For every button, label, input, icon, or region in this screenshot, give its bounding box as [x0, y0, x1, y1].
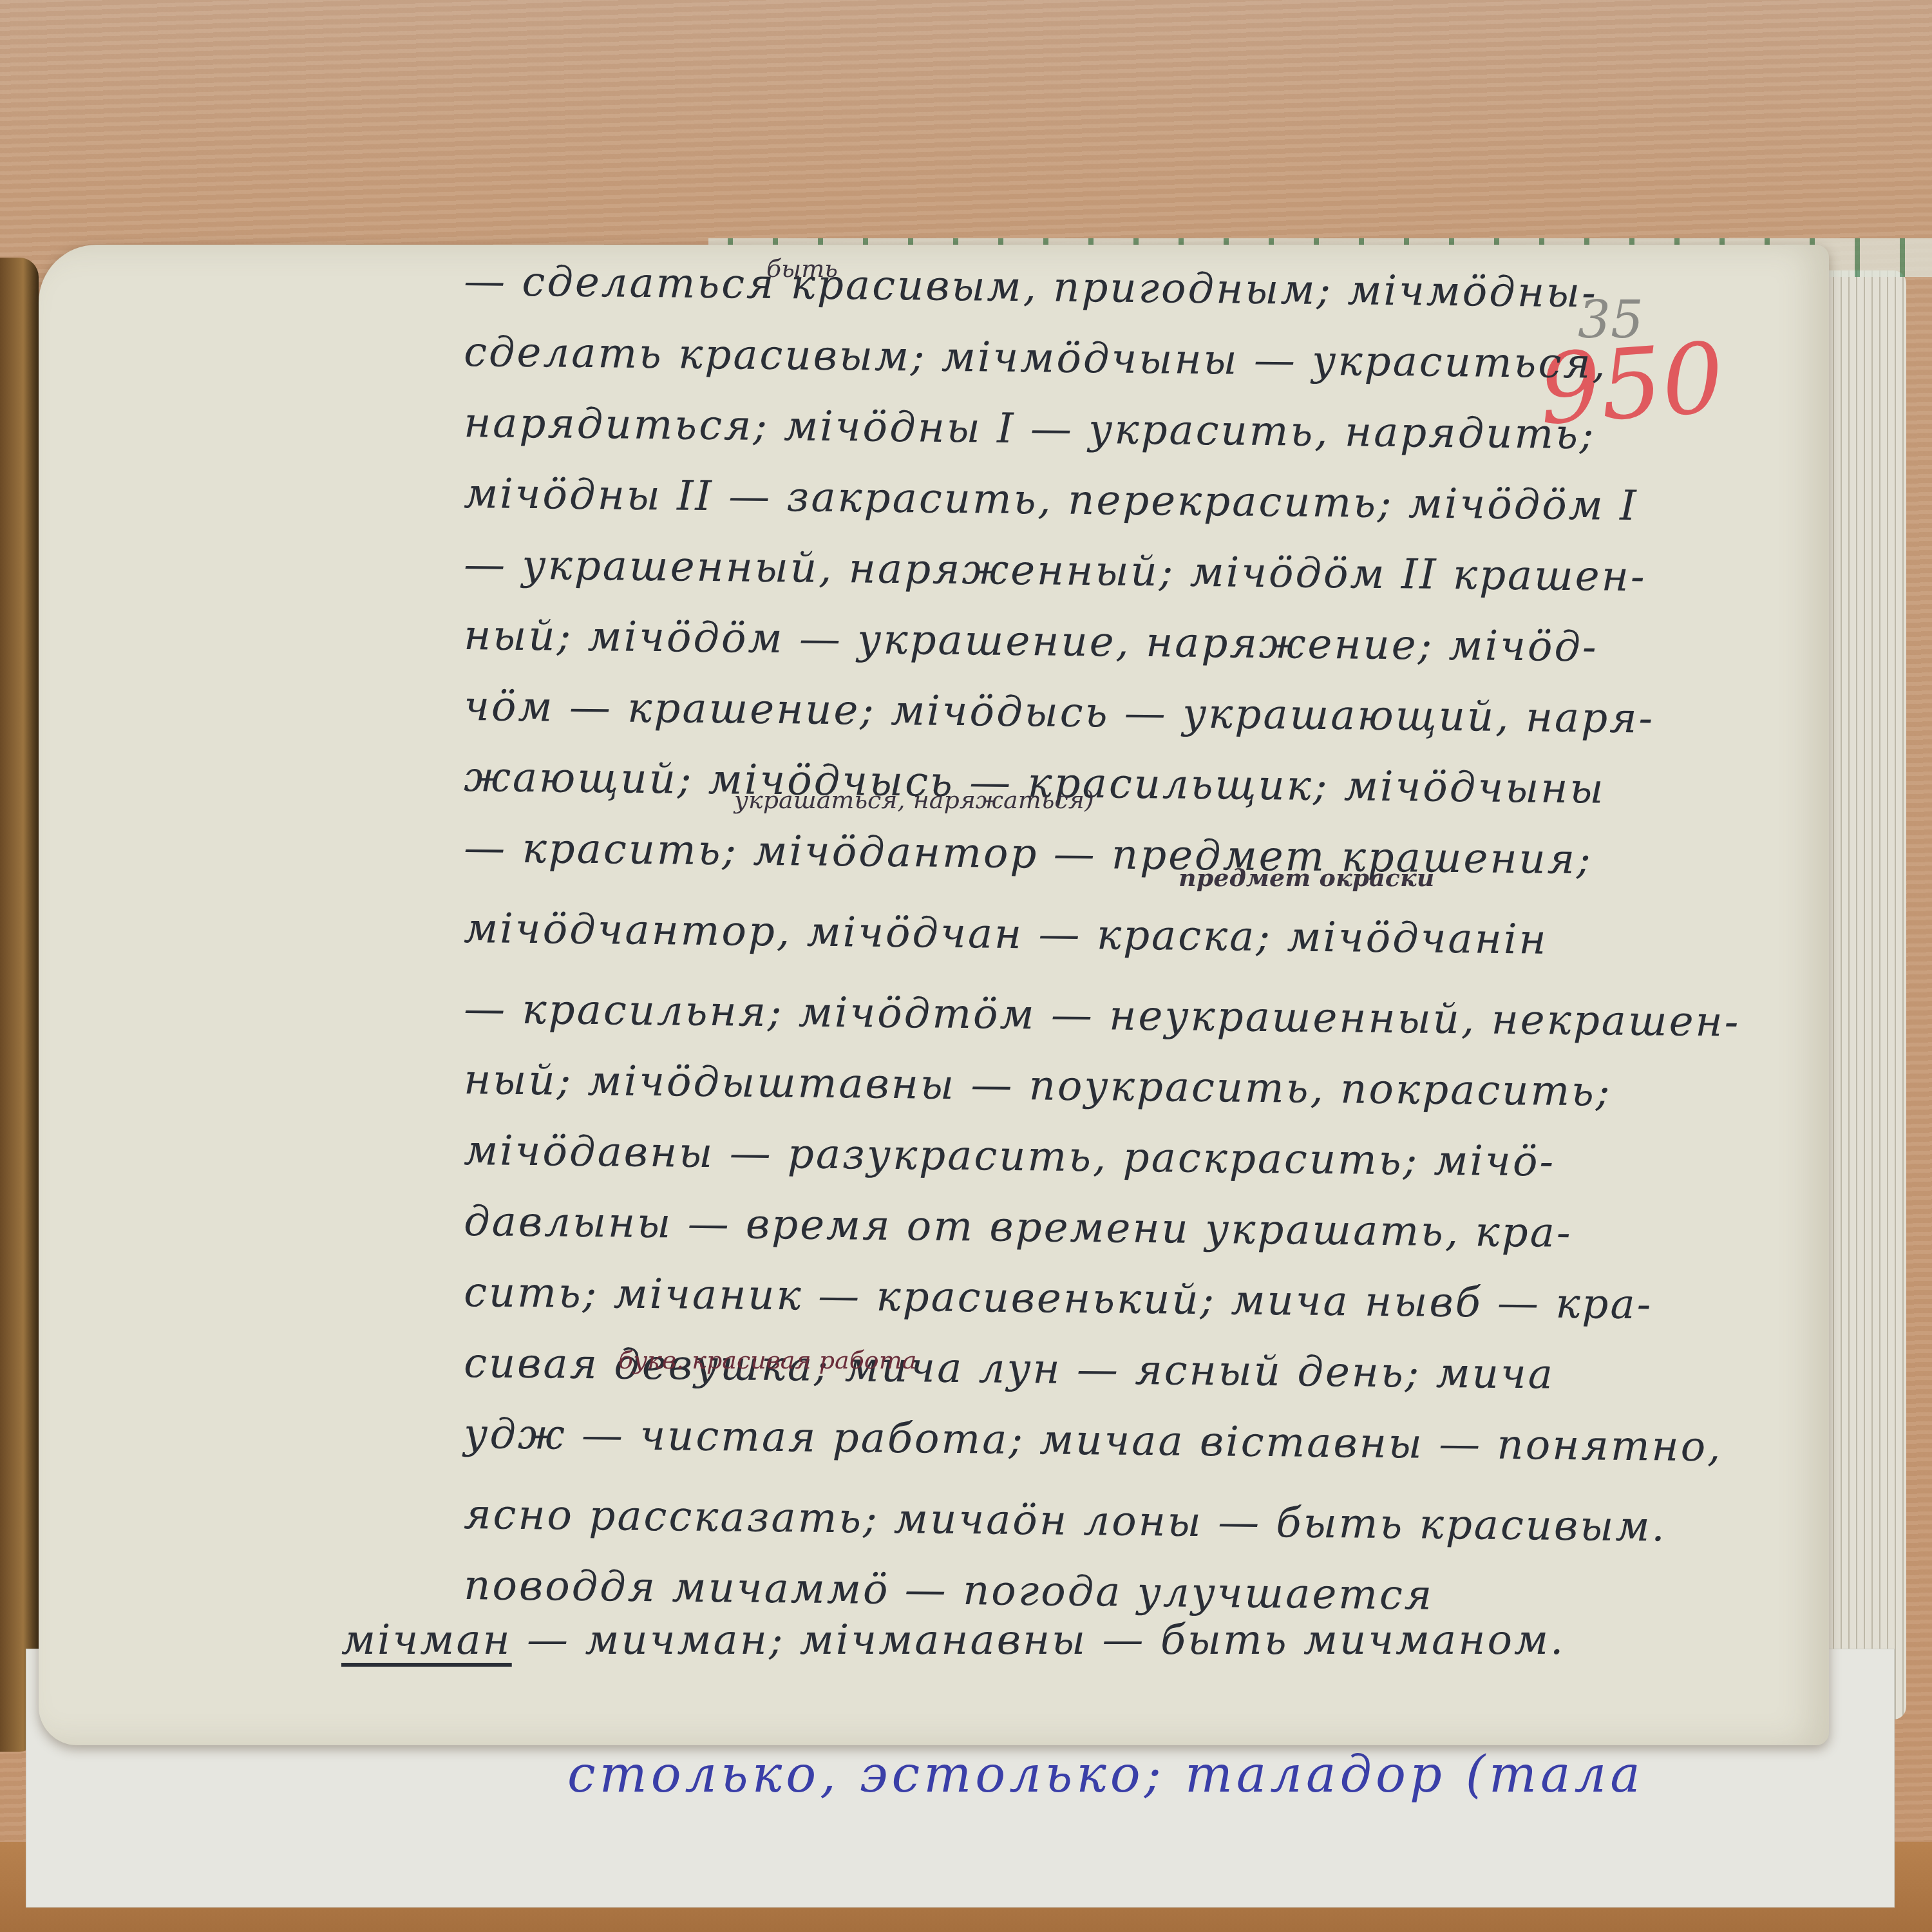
- text-line: мічӧдчантор, мічӧдчан — краска; мічӧдчан…: [463, 905, 1810, 999]
- headword: мічман: [341, 1616, 512, 1664]
- text-line: нарядиться; мічӧдны I — украсить, наряди…: [463, 399, 1810, 484]
- text-line: — украшенный, наряженный; мічӧдӧм II кра…: [463, 541, 1810, 626]
- text-line: чӧм — крашение; мічӧдысь — украшающий, н…: [463, 683, 1810, 768]
- headword-definition: — мичман; мічманавны — быть мичманом.: [512, 1616, 1566, 1664]
- underlying-line-2: столько, эстолько; таладор (тала: [567, 1746, 1644, 1804]
- text-line: — красить; мічӧдантор — предмет крашения…: [463, 824, 1810, 919]
- dictionary-entry: мічман — мичман; мічманавны — быть мичма…: [341, 1616, 1565, 1664]
- text-line: удж — чистая работа; мичаа віставны — по…: [463, 1410, 1810, 1505]
- text-line: давлыны — время от времени украшать, кра…: [463, 1198, 1810, 1283]
- text-line: сить; мічаник — красивенький; мича нывб …: [463, 1269, 1810, 1354]
- text-line: — красильня; мічӧдтӧм — неукрашенный, не…: [463, 985, 1810, 1070]
- interlinear-annotation: букв. красивая работа: [618, 1346, 916, 1374]
- text-line: мічӧдавны — разукрасить, раскрасить; міч…: [463, 1127, 1810, 1212]
- interlinear-annotation: украшаться, наряжаться): [734, 786, 1094, 814]
- interlinear-annotation: быть: [766, 254, 838, 283]
- text-line: жающий; мічӧдчысь — красильщик; мічӧдчын…: [463, 753, 1810, 838]
- text-line: ясно рассказать; мичаӧн лоны — быть крас…: [463, 1491, 1810, 1576]
- text-line: сделать красивым; мічмӧдчыны — украситьс…: [463, 328, 1810, 413]
- text-line: мічӧдны II — закрасить, перекрасить; міч…: [463, 470, 1810, 555]
- text-line: — сделаться красивым, пригодным; мічмӧдн…: [463, 258, 1810, 343]
- text-line: ный; мічӧдыштавны — поукрасить, покрасит…: [463, 1056, 1810, 1141]
- handwritten-text-block: — сделаться красивым, пригодным; мічмӧдн…: [464, 258, 1810, 1633]
- text-line: ный; мічӧдӧм — украшение, наряжение; міч…: [463, 612, 1810, 697]
- book-spine: [0, 258, 39, 1752]
- interlinear-annotation: предмет окраски: [1179, 863, 1434, 892]
